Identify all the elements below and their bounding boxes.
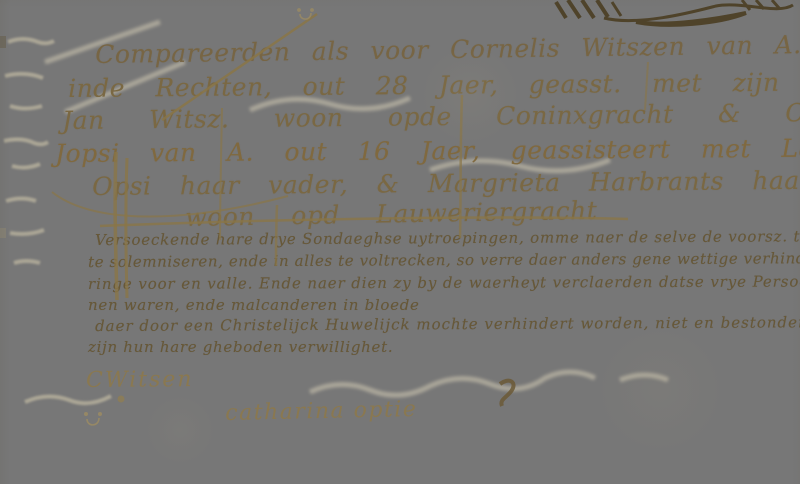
clause-line-5: daer door een Christelijck Huwelijck moc… [95, 313, 800, 335]
signature-groom: CWitsen [86, 367, 194, 393]
top-edge-ink-scribble [556, 0, 793, 25]
entry-line-3: Jan Witsz. woon opde Coninxgracht & Cath… [62, 97, 800, 135]
signature-bride: catharina optie [225, 397, 418, 426]
entry-line-2: inde Rechten, out 28 Jaer, geasst. met z… [68, 67, 800, 103]
entry-line-4: Jopsi van A. out 16 Jaer, geassisteert m… [55, 133, 800, 168]
left-edge-mark-bottom [0, 228, 6, 238]
left-edge-mark-top [0, 36, 6, 48]
u-diacritic-mark-top [298, 9, 313, 19]
clause-line-1: Versoeckende hare drye Sondaeghse uytroe… [95, 227, 800, 249]
clause-line-2: te solemniseren, ende in alles te voltre… [88, 249, 800, 271]
clause-line-6: zijn hun hare gheboden verwillighet. [88, 338, 393, 356]
ink-blot-mark [500, 381, 514, 406]
clause-line-4: nen waren, ende malcanderen in bloede [88, 296, 420, 314]
ink-dot [118, 396, 125, 403]
u-diacritic-mark-bottom [85, 413, 101, 425]
entry-line-5: Opsi haar vader, & Margrieta Harbrants h… [92, 165, 800, 201]
manuscript-page: Compareerden als voor Cornelis Witszen v… [0, 0, 800, 484]
clause-line-3: ringe voor en valle. Ende naer dien zy b… [88, 272, 800, 293]
entry-line-6: woon opd Lauweriergracht [185, 196, 598, 232]
entry-line-1: Compareerden als voor Cornelis Witszen v… [95, 29, 800, 69]
